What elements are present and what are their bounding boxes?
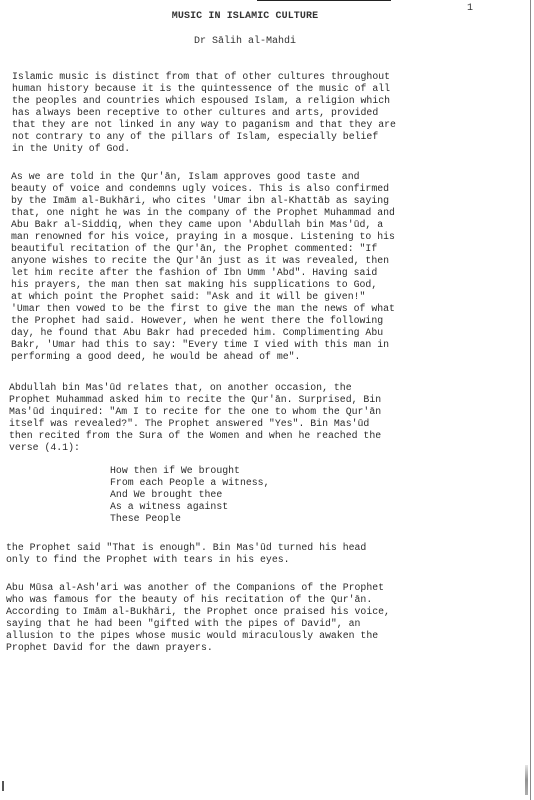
paragraph-that-is-enough: the Prophet said "That is enough". Bin M… — [6, 542, 486, 566]
paragraph-quran-voice: As we are told in the Qur'ān, Islam appr… — [11, 171, 491, 363]
paragraph-intro: Islamic music is distinct from that of o… — [12, 71, 492, 155]
document-title: MUSIC IN ISLAMIC CULTURE — [0, 11, 490, 22]
scan-artifact-right — [525, 765, 528, 795]
top-rule-line — [257, 0, 391, 1]
document-page: 1 MUSIC IN ISLAMIC CULTURE Dr Sālih al-M… — [0, 0, 534, 800]
document-author: Dr Sālih al-Mahdi — [0, 36, 490, 47]
paragraph-bin-masud: Abdullah bin Mas'ūd relates that, on ano… — [9, 382, 489, 454]
verse-quote: How then if We brought From each People … — [110, 465, 270, 525]
page-edge-line — [530, 0, 531, 800]
scan-artifact-left — [2, 781, 4, 791]
paragraph-abu-musa: Abu Mūsa al-Ash'ari was another of the C… — [6, 582, 486, 654]
